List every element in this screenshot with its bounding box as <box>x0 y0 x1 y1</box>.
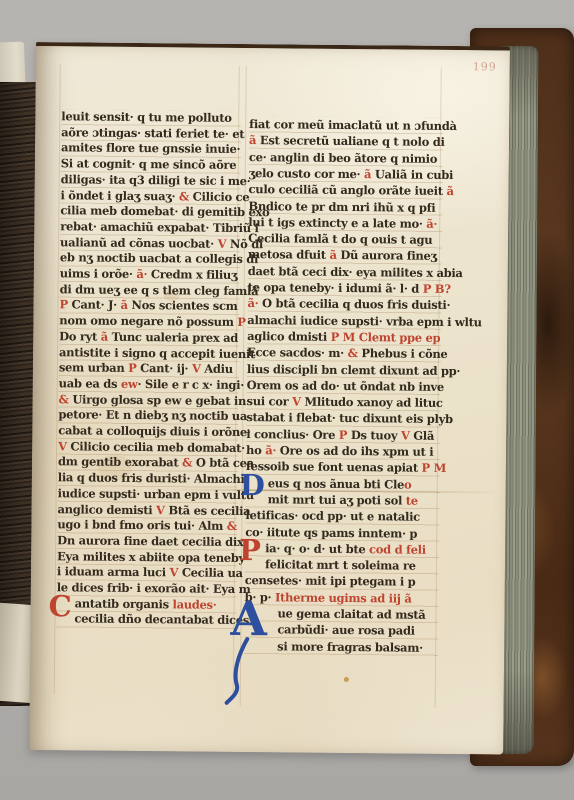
text-segment: Bndico te pr dm nri ihũ x q pfi <box>248 199 435 215</box>
text-segment: ce· anglin di beo ãtore q nimio <box>249 150 437 166</box>
text-segment: co· iitute qs pams inntem· p <box>245 525 417 541</box>
text-segment: Cilicio ce <box>193 189 250 204</box>
text-segment: letificas· ocd pp· ut e natalic <box>245 508 420 524</box>
text-segment: P <box>59 298 71 312</box>
text-segment: Glã <box>413 428 434 442</box>
text-segment: & <box>179 189 193 203</box>
text-line: Dn aurora fine daet cecilia dix· <box>57 533 247 551</box>
text-line: uims i orõe· ã· Credm x filiuʒ <box>60 266 238 283</box>
text-segment: P <box>339 428 351 442</box>
text-line: felicitat mrt t soleima re <box>245 556 416 574</box>
text-segment: O btã cecilia q duos fris duisti· <box>262 296 450 312</box>
text-segment: Tunc ualeria prex ad <box>112 330 239 345</box>
manuscript-page: 199 leuit sensit· q tu me pollutoaõre ɔt… <box>29 42 510 755</box>
text-segment: ew <box>121 377 138 391</box>
text-segment: ia· q· o· d· ut bte <box>265 541 369 556</box>
text-line: daet btã ceci dix· eya milites x abia <box>248 263 463 281</box>
text-segment: Adiu <box>204 362 233 376</box>
text-segment: ã <box>249 133 260 147</box>
text-segment: fiat cor meũ imaclatũ ut n ɔfundà <box>249 117 457 133</box>
text-line: nom omo negare nõ possum P <box>59 313 246 330</box>
text-line: V Cilicio cecilia meb domabat· <box>58 439 245 456</box>
text-line: culo ceciliã cũ anglo orãte iueit ã <box>249 181 454 199</box>
text-line: i õndet i glaʒ suaʒ· & Cilicio ce <box>60 188 249 205</box>
text-line: uab ea ds ew· Sile e r c x· ingi· <box>59 376 244 393</box>
text-segment: Ecce sacdos· m· <box>247 345 348 360</box>
text-line: dm gentib exorabat & O btã cea <box>58 455 254 473</box>
text-line: ã Est secretũ ualiane q t nolo di <box>249 132 445 150</box>
text-line: Do ryt ã Tunc ualeria prex ad <box>59 329 238 346</box>
text-column-left: leuit sensit· q tu me pollutoaõre ɔtinga… <box>56 109 241 635</box>
initial-flourish-tail <box>226 639 253 705</box>
text-line: aõre ɔtingas· stati feriet te· et <box>61 125 244 142</box>
text-line: le dices frib· i exorão ait· Eya m <box>57 580 251 598</box>
text-line: cecilia dño decantabat dices· <box>56 612 252 630</box>
text-segment: stabat i flebat· tuc dixunt eis plyb <box>246 410 452 426</box>
text-segment: V <box>292 395 304 409</box>
text-segment: metosa dfuit <box>248 247 330 262</box>
text-segment: Dũ aurora fineʒ <box>340 248 437 263</box>
text-line: Eya milites x abiite opa teneby· <box>57 549 249 567</box>
text-line: anglico demisti V Btã es cecilia <box>57 502 250 520</box>
text-segment: Cecilia ua <box>182 566 243 581</box>
text-segment: nom omo negare nõ possum <box>59 313 237 329</box>
text-segment: P M <box>422 461 447 475</box>
text-line: Orem os ad do· ut õndat nb inve <box>247 377 444 395</box>
text-segment: ã· <box>136 267 151 281</box>
text-segment: di dm ueʒ ee q s tlem cleg famlã <box>60 282 259 298</box>
text-line: eb nʒ noctib uacbat a collegis di <box>60 251 258 269</box>
text-segment: Nos scientes scm <box>131 298 237 313</box>
text-segment: ʒelo custo cor me· <box>249 166 364 181</box>
text-line: i iduam arma luci V Cecilia ua <box>57 565 243 582</box>
text-segment: ã <box>364 167 375 181</box>
text-segment: V <box>218 236 230 250</box>
text-line: & Uirgo glosa sp ew e gebat in <box>58 392 246 409</box>
text-segment: Cant· ij· <box>140 361 192 375</box>
text-line: lia q duos fris duristi· Almachi <box>58 470 245 487</box>
text-segment: petore· Et n diebʒ nʒ noctib ua <box>58 408 247 424</box>
text-segment: V <box>192 362 204 376</box>
text-segment: aõre ɔtingas· stati feriet te· et <box>61 125 244 141</box>
text-line: ã· O btã cecilia q duos fris duisti· <box>247 295 450 313</box>
text-line: b· p· Itherme ugims ad iij ã <box>245 589 412 607</box>
text-segment: Itherme ugims ad iij ã <box>275 590 412 605</box>
text-line: stabat i flebat· tuc dixunt eis plyb <box>246 409 452 427</box>
text-segment: i iduam arma luci <box>57 565 170 580</box>
text-line: sui cor V Mlitudo xanoy ad lituc <box>246 393 442 411</box>
text-segment: si more fragras balsam· <box>277 639 423 654</box>
text-segment: cecilia dño decantabat dices· <box>74 612 252 628</box>
text-line: aglico dmisti P M Clemt ppe ep <box>247 328 440 346</box>
drop-cap-a: A <box>230 596 267 643</box>
text-segment: te <box>406 493 418 507</box>
text-segment: Uirgo glosa sp ew e gebat in <box>72 392 246 408</box>
text-segment: Dn aurora fine daet cecilia dix· <box>57 533 247 549</box>
text-line: ia· q· o· d· ut bte cod d feli <box>245 540 426 558</box>
text-line: di dm ueʒ ee q s tlem cleg famlã <box>60 282 259 300</box>
text-segment: eus q nos ãnua bti Cle <box>268 476 404 491</box>
text-segment: & <box>348 346 362 360</box>
text-segment: anglico demisti <box>57 502 156 517</box>
text-segment: sem urban <box>59 360 128 375</box>
text-segment: & <box>59 392 73 406</box>
text-line: censetes· mit ipi ptegam i p <box>245 572 416 590</box>
text-segment: Phebus i cõne <box>361 346 447 361</box>
text-line: si more fragras balsam· <box>244 638 423 656</box>
text-line: metosa dfuit ã Dũ aurora fineʒ <box>248 246 437 264</box>
text-segment: Ore os ad do ihs xpm ut i <box>280 443 434 458</box>
text-line: Cecilia famlã t do q ouis t agu <box>248 230 432 248</box>
text-segment: Mlitudo xanoy ad lituc <box>304 395 442 410</box>
text-segment: daet btã ceci dix· eya milites x abia <box>248 264 463 280</box>
text-segment: censetes· mit ipi ptegam i p <box>245 573 416 589</box>
text-segment: ã <box>446 184 453 198</box>
drop-cap-d: D <box>240 471 265 500</box>
parchment-stain <box>344 677 349 682</box>
text-segment: felicitat mrt t soleima re <box>265 557 416 572</box>
text-segment: V <box>156 503 168 517</box>
text-segment: Ds tuoy <box>351 428 401 442</box>
text-segment: ã <box>121 298 132 312</box>
photo-background: 199 leuit sensit· q tu me pollutoaõre ɔt… <box>0 0 574 800</box>
text-segment: dm gentib exorabat <box>58 455 182 470</box>
text-segment: Credm x filiuʒ <box>151 267 237 282</box>
text-segment: carbũdi· aue rosa padi <box>277 623 415 638</box>
text-segment: Orem os ad do· ut õndat nb inve <box>247 378 444 394</box>
text-segment: V <box>169 566 181 580</box>
text-line: ʒelo custo cor me· ã Ualiã in cubi <box>249 165 454 183</box>
text-line: Si at cognit· q me sincõ aõre <box>61 156 237 173</box>
folio-number: 199 <box>473 60 497 73</box>
text-segment: amites flore tue gnssie inuie· <box>61 141 240 157</box>
text-line: antistite i signo q accepit iuenit <box>59 345 255 363</box>
text-segment: uims i orõe· <box>60 266 137 281</box>
text-segment: sui cor <box>246 394 292 408</box>
text-segment: le dices frib· i exorão ait· Eya m <box>57 580 251 596</box>
text-segment: lui t igs extincty e a late mo· <box>248 215 426 231</box>
text-segment: Eya milites x abiite opa teneby· <box>57 549 249 565</box>
text-segment: te opa teneby· i idumi ã· l· d <box>248 280 423 296</box>
text-column-right: fiat cor meũ imaclatũ ut n ɔfundàã Est s… <box>244 116 443 660</box>
text-segment: · Sile e r c x· ingi· <box>137 377 244 392</box>
text-segment: ã <box>101 329 112 343</box>
text-line: Ecce sacdos· m· & Phebus i cõne <box>247 344 448 362</box>
text-segment: Est secretũ ualiane q t nolo di <box>260 133 445 149</box>
text-segment: ho <box>246 443 265 457</box>
text-segment: Cecilia famlã t do q ouis t agu <box>248 231 432 247</box>
text-line: antatib organis laudes· <box>57 596 217 613</box>
text-segment: Btã es cecilia <box>168 503 250 518</box>
text-segment: Ualiã in cubi <box>375 167 453 182</box>
text-line: co· iitute qs pams inntem· p <box>245 524 417 542</box>
text-segment: & <box>227 519 237 533</box>
text-segment: ã· <box>265 443 280 457</box>
text-line: carbũdi· aue rosa padi <box>244 621 415 639</box>
text-segment: lia q duos fris duristi· Almachi <box>58 470 245 486</box>
text-segment: P M Clemt ppe ep <box>331 330 441 345</box>
text-segment: almachi iudice supsti· vrba epm i wltu <box>247 313 481 329</box>
text-line: lius discipli bn clemt dixunt ad pp· <box>247 361 460 379</box>
text-segment: Cilicio cecilia meb domabat· <box>70 439 245 455</box>
drop-cap-p: P <box>239 536 261 565</box>
text-segment: P B? <box>423 282 451 296</box>
text-segment: ã· <box>247 296 262 310</box>
text-line: leuit sensit· q tu me polluto <box>61 109 232 126</box>
text-segment: V <box>401 428 413 442</box>
text-line: mit mrt tui aʒ poti sol te <box>246 491 418 509</box>
text-segment: ugo i bnd fmo oris tui· Alm <box>57 517 227 533</box>
text-line: petore· Et n diebʒ nʒ noctib ua <box>58 408 247 425</box>
text-segment: fessoib sue font uenas apiat <box>246 459 422 475</box>
text-line: Bndico te pr dm nri ihũ x q pfi <box>248 198 435 216</box>
text-segment: & <box>182 456 196 470</box>
text-segment: i conclius· Ore <box>246 427 339 442</box>
text-segment: cod d feli <box>369 542 426 557</box>
text-segment: Do ryt <box>59 329 101 343</box>
text-line: amites flore tue gnssie inuie· <box>61 141 240 158</box>
text-line: i conclius· Ore P Ds tuoy V Glã <box>246 426 434 444</box>
text-segment: culo ceciliã cũ anglo orãte iueit <box>249 182 447 198</box>
text-segment: antistite i signo q accepit iuenit <box>59 345 255 361</box>
text-segment: o <box>404 477 412 491</box>
text-line: ho ã· Ore os ad do ihs xpm ut i <box>246 442 433 460</box>
text-segment: cilia meb domebat· di gemitib exo <box>60 203 269 219</box>
text-line: P Cant· J· ã Nos scientes scm <box>59 298 237 315</box>
text-segment: diligas· ita q3 diligi te sic i me· <box>61 172 251 188</box>
text-line: rebat· amachiũ expabat· Tibriũ i <box>60 219 259 237</box>
text-segment: leuit sensit· q tu me polluto <box>61 109 231 125</box>
text-segment: uab ea ds <box>59 376 121 391</box>
text-segment: laudes· <box>172 597 216 611</box>
text-segment: rebat· amachiũ expabat· Tibriũ i <box>60 219 259 235</box>
text-line: diligas· ita q3 diligi te sic i me· <box>61 172 251 190</box>
text-segment: P <box>128 361 140 375</box>
text-segment: P <box>237 315 245 329</box>
text-segment: antatib organis <box>75 596 173 611</box>
text-segment: Si at cognit· q me sincõ aõre <box>61 156 237 172</box>
text-line: cabat a colloquijs diuis i orõne· <box>58 423 251 441</box>
text-line: ugo i bnd fmo oris tui· Alm & <box>57 517 237 534</box>
text-line: lui t igs extincty e a late mo· ã· <box>248 214 437 232</box>
drop-cap-c: C <box>48 592 71 621</box>
text-segment: ã· <box>426 217 437 231</box>
text-segment: iudice supsti· urban epm i vultu <box>58 486 254 502</box>
text-segment: aglico dmisti <box>247 329 331 344</box>
text-segment: eb nʒ noctib uacbat a collegis di <box>60 251 258 267</box>
text-line: ualianũ ad cõnas uocbat· V Nõ di <box>60 235 263 253</box>
text-line: te opa teneby· i idumi ã· l· d P B? <box>248 279 451 297</box>
text-segment: Cant· J· <box>71 298 120 312</box>
text-line: ce· anglin di beo ãtore q nimio <box>249 149 437 167</box>
text-segment: lius discipli bn clemt dixunt ad pp· <box>247 362 460 378</box>
text-segment: V <box>58 439 70 453</box>
text-segment: mit mrt tui aʒ poti sol <box>268 492 406 507</box>
text-segment: ualianũ ad cõnas uocbat· <box>60 235 218 251</box>
text-segment: cabat a colloquijs diuis i orõne· <box>58 423 251 439</box>
text-line: fessoib sue font uenas apiat P M <box>246 458 446 476</box>
text-line: ue gema claitat ad mstã <box>244 605 425 623</box>
text-line: letificas· ocd pp· ut e natalic <box>245 507 420 525</box>
text-line: iudice supsti· urban epm i vultu <box>58 486 254 504</box>
text-line: fiat cor meũ imaclatũ ut n ɔfundà <box>249 116 457 134</box>
text-segment: ã <box>329 248 340 262</box>
text-segment: ue gema claitat ad mstã <box>277 606 425 621</box>
text-line: eus q nos ãnua bti Cleo <box>246 475 412 493</box>
text-segment: i õndet i glaʒ suaʒ· <box>60 188 179 203</box>
text-line: sem urban P Cant· ij· V Adiu <box>59 360 233 377</box>
